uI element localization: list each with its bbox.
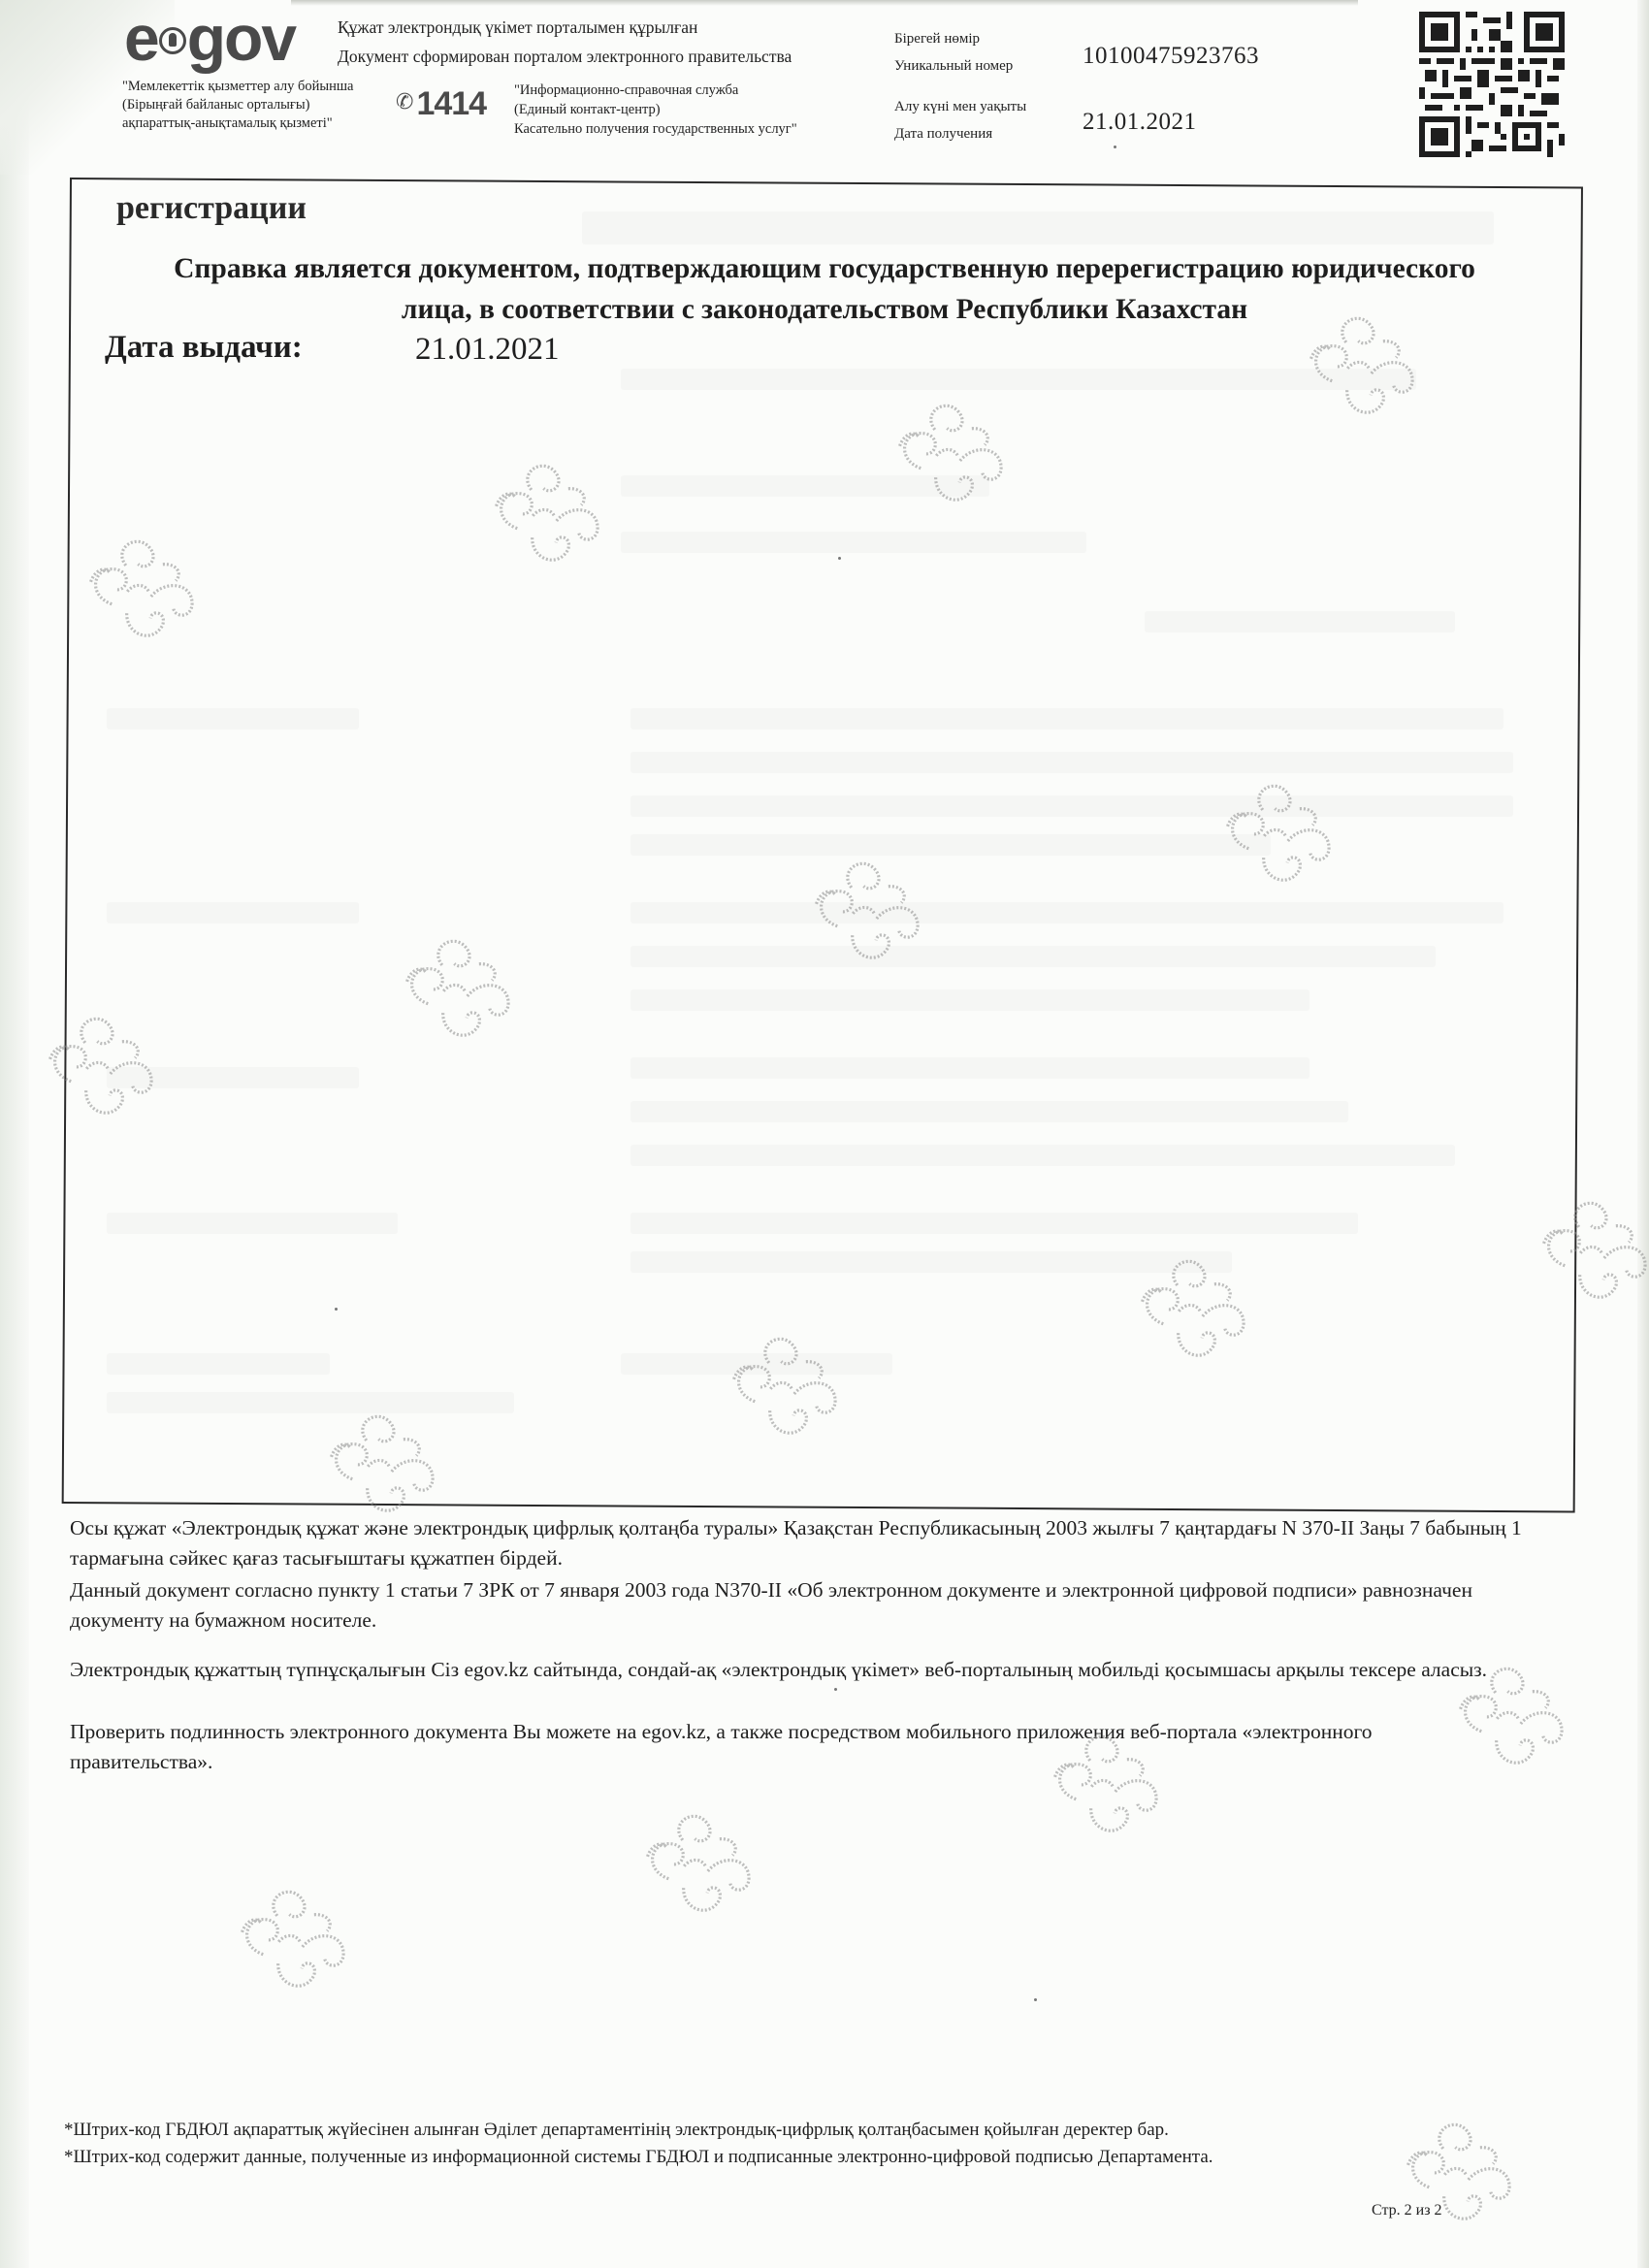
hotline-digits: 1414 (416, 85, 486, 122)
equivalence-note-kz: Осы құжат «Электрондық құжат және электр… (70, 1513, 1564, 1573)
service-ru-line-3: Касательно получения государственных усл… (514, 120, 797, 139)
logo-gov: gov (187, 2, 295, 74)
bleed-through-text (630, 1057, 1309, 1079)
hotline-number: ✆1414 (396, 85, 486, 123)
issue-date-label: Дата выдачи: (105, 330, 303, 366)
verify-note-ru: Проверить подлинность электронного докум… (70, 1717, 1467, 1777)
egov-logo: egov (124, 6, 295, 70)
ornament-watermark-icon (618, 1785, 782, 1944)
continued-heading: регистрации (116, 190, 307, 227)
scan-edge-right (1637, 0, 1649, 2268)
scan-edge-left (0, 0, 29, 2268)
qr-code-icon (1418, 12, 1566, 157)
portal-note-ru: Документ сформирован порталом электронно… (338, 47, 792, 67)
receipt-date-label-ru: Дата получения (894, 126, 992, 143)
bleed-through-text (630, 1101, 1348, 1122)
bleed-through-text (107, 708, 359, 729)
scan-speck (1114, 146, 1116, 148)
issue-date: 21.01.2021 (415, 332, 560, 368)
bleed-through-text (107, 1213, 398, 1234)
scan-speck (1034, 1998, 1037, 2001)
bleed-through-text (630, 1145, 1455, 1166)
bleed-through-text (630, 708, 1503, 729)
receipt-date: 21.01.2021 (1083, 109, 1197, 136)
service-ru-line-1: "Информационно-справочная служба (514, 81, 738, 100)
unique-number: 10100475923763 (1083, 43, 1259, 70)
barcode-footnote-ru: *Штрих-код содержит данные, полученные и… (64, 2144, 1213, 2171)
bleed-through-text (582, 211, 1494, 244)
bleed-through-text (621, 532, 1086, 553)
ornament-watermark-icon (212, 1861, 376, 2020)
unique-number-label-ru: Уникальный номер (894, 58, 1013, 75)
receipt-date-label-kz: Алу күні мен уақыты (894, 99, 1026, 115)
service-kz-line-2: (Бірыңғай байланыс орталығы) (122, 96, 309, 114)
bleed-through-text (630, 752, 1513, 773)
bleed-through-text (107, 1353, 330, 1375)
bleed-through-text (630, 834, 1271, 856)
scan-top-shadow (291, 0, 1358, 6)
portal-note-kz: Құжат электрондық үкімет порталымен құры… (338, 17, 697, 38)
certificate-statement: Справка является документом, подтверждаю… (145, 248, 1503, 330)
service-ru-line-2: (Единый контакт-центр) (514, 101, 661, 119)
logo-e: e (124, 6, 158, 70)
bleed-through-text (630, 946, 1436, 967)
barcode-footnote-kz: *Штрих-код ГБДЮЛ ақпараттық жүйесінен ал… (64, 2117, 1169, 2144)
egov-emblem-icon (159, 27, 186, 54)
scan-speck (838, 557, 841, 560)
scan-speck (335, 1308, 338, 1311)
scan-speck (834, 1688, 837, 1691)
bleed-through-text (630, 989, 1309, 1011)
bleed-through-text (107, 902, 359, 923)
unique-number-label-kz: Бірегей нөмір (894, 31, 980, 48)
phone-icon: ✆ (396, 89, 412, 113)
equivalence-note-ru: Данный документ согласно пункту 1 статьи… (70, 1575, 1505, 1636)
bleed-through-text (630, 1213, 1358, 1234)
service-kz-line-1: "Мемлекеттік қызметтер алу бойынша (122, 78, 353, 96)
service-kz-line-3: ақпараттық-анықтамалық қызметі" (122, 114, 333, 133)
bleed-through-text (630, 902, 1503, 923)
bleed-through-text (107, 1392, 514, 1413)
ornament-watermark-icon (1378, 2093, 1542, 2252)
verify-note-kz: Электрондық құжаттың түпнұсқалығын Сіз e… (70, 1655, 1564, 1685)
bleed-through-text (630, 795, 1513, 817)
bleed-through-text (1145, 611, 1455, 632)
